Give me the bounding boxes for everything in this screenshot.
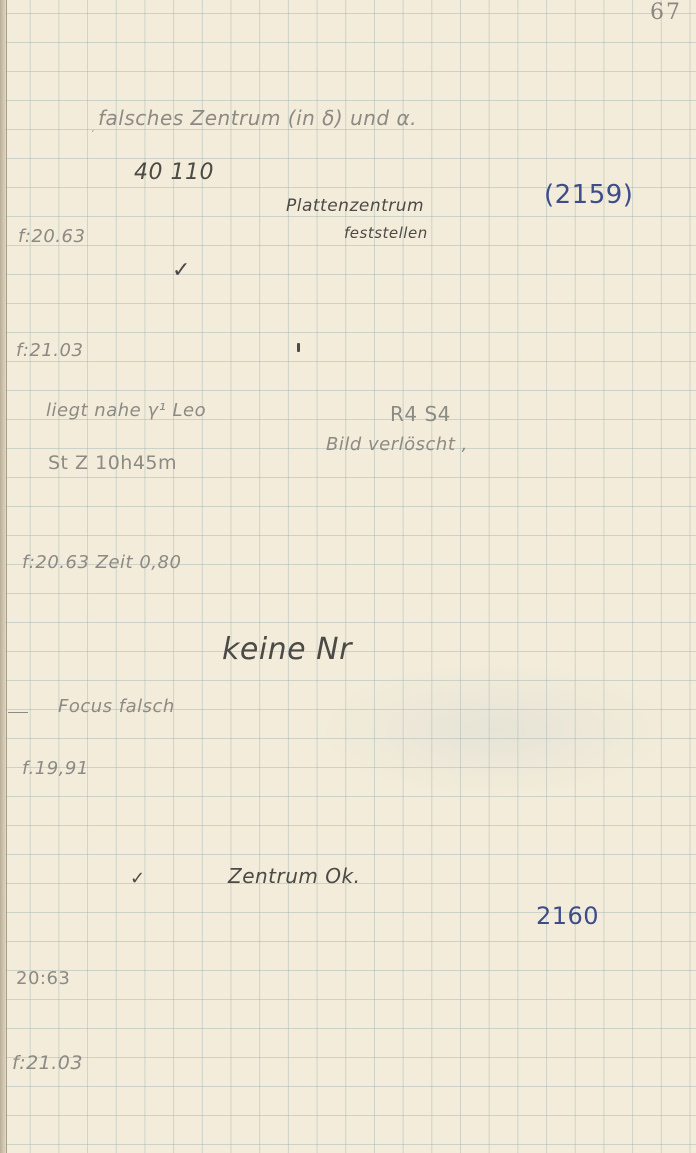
plate-number-2159: (2159) [544, 180, 633, 210]
note-false-center: falsches Zentrum (in δ) und α. [98, 106, 417, 130]
note-r-s-values: R4 S4 [390, 402, 451, 426]
focus-value-6: f:21.03 [12, 1052, 83, 1074]
note-no-number: keine Nr [222, 632, 352, 667]
focus-value-5: 20:63 [16, 968, 70, 989]
margin-dash [8, 712, 28, 713]
focus-value-2: f:21.03 [16, 340, 83, 361]
note-comma: , [92, 124, 95, 133]
focus-value-4: f.19,91 [22, 758, 89, 779]
note-plate-center: Plattenzentrum [286, 196, 424, 216]
page-number: 67 [650, 0, 682, 25]
note-determine: feststellen [344, 224, 428, 242]
notebook-page: 67 , falsches Zentrum (in δ) und α. 40 1… [0, 0, 696, 1153]
plate-number-2160: 2160 [536, 902, 599, 930]
note-sidereal-time: St Z 10h45m [48, 452, 177, 474]
note-focus-wrong: Focus falsch [58, 696, 175, 717]
show-through-text [310, 660, 680, 800]
note-star-position: liegt nahe γ¹ Leo [46, 400, 206, 421]
note-coordinates: 40 110 [134, 160, 214, 185]
note-image-faded: Bild verlöscht , [326, 434, 468, 455]
check-mark-1: ✓ [172, 258, 191, 283]
binding-line [6, 0, 7, 1153]
focus-value-1: f:20.63 [18, 226, 85, 247]
check-mark-2: ✓ [130, 868, 146, 889]
focus-value-3-exposure: f:20.63 Zeit 0,80 [22, 552, 181, 573]
pencil-mark [297, 343, 300, 352]
note-center-ok: Zentrum Ok. [228, 864, 360, 888]
